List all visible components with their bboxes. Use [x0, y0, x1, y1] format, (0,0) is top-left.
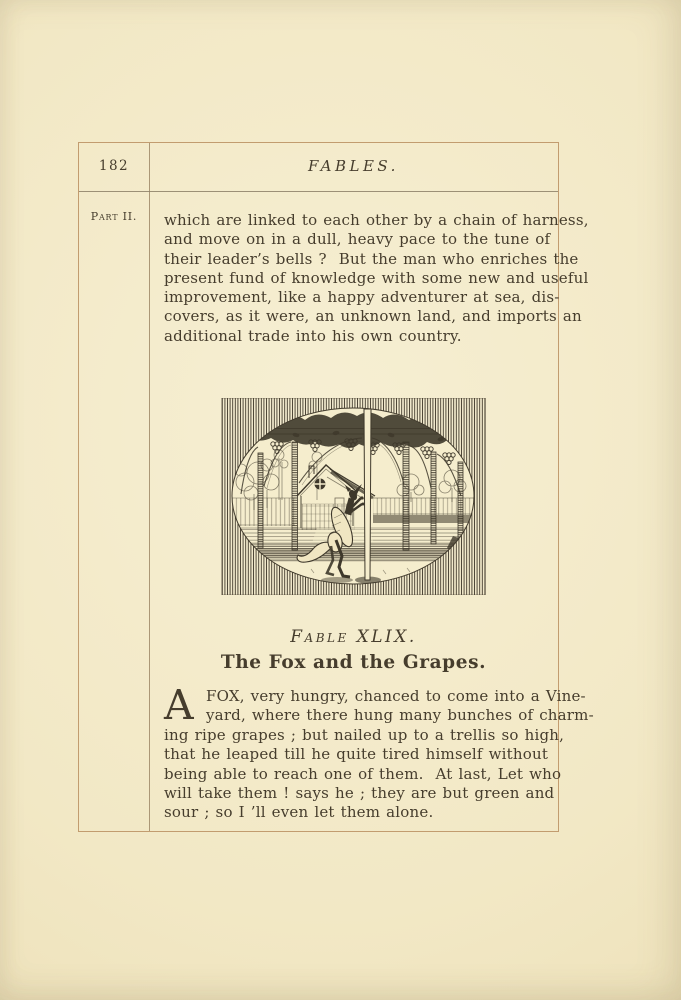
- page-number: 182: [79, 158, 149, 174]
- text-line: being able to reach one of them. At last…: [164, 765, 546, 784]
- running-header: FABLES.: [149, 157, 558, 175]
- scanned-book-page: { "page": { "number": "182", "running_ti…: [0, 0, 681, 1000]
- fable-paragraph: A FOX, very hungry, chanced to come into…: [164, 687, 546, 823]
- text-line: present fund of knowledge with some new …: [164, 269, 546, 288]
- text-line: improvement, like a happy adventurer at …: [164, 288, 546, 307]
- header-rule: [79, 191, 558, 192]
- margin-column-rule: [149, 143, 150, 831]
- text-line: which are linked to each other by a chai…: [164, 211, 546, 230]
- drop-cap: A: [164, 687, 197, 725]
- text-line: covers, as it were, an unknown land, and…: [164, 307, 546, 326]
- text-line: FOX, very hungry, chanced to come into a…: [164, 687, 546, 706]
- text-line: yard, where there hung many bunches of c…: [164, 706, 546, 725]
- page-frame: 182 FABLES. Part II. which are linked to…: [78, 142, 559, 832]
- fox-and-grapes-engraving: [221, 398, 486, 595]
- intro-paragraph: which are linked to each other by a chai…: [164, 211, 546, 346]
- margin-label-part: Part II.: [81, 210, 147, 223]
- text-line: their leader’s bells ? But the man who e…: [164, 250, 546, 269]
- fable-number-heading: Fable XLIX.: [149, 627, 558, 647]
- fable-title-blackletter: The Fox and the Grapes.: [149, 652, 558, 673]
- text-line: sour ; so I ’ll even let them alone.: [164, 803, 546, 822]
- text-line: and move on in a dull, heavy pace to the…: [164, 230, 546, 249]
- text-line: that he leaped till he quite tired himse…: [164, 745, 546, 764]
- text-line: ing ripe grapes ; but nailed up to a tre…: [164, 726, 546, 745]
- text-line: additional trade into his own country.: [164, 327, 546, 346]
- text-line: will take them ! says he ; they are but …: [164, 784, 546, 803]
